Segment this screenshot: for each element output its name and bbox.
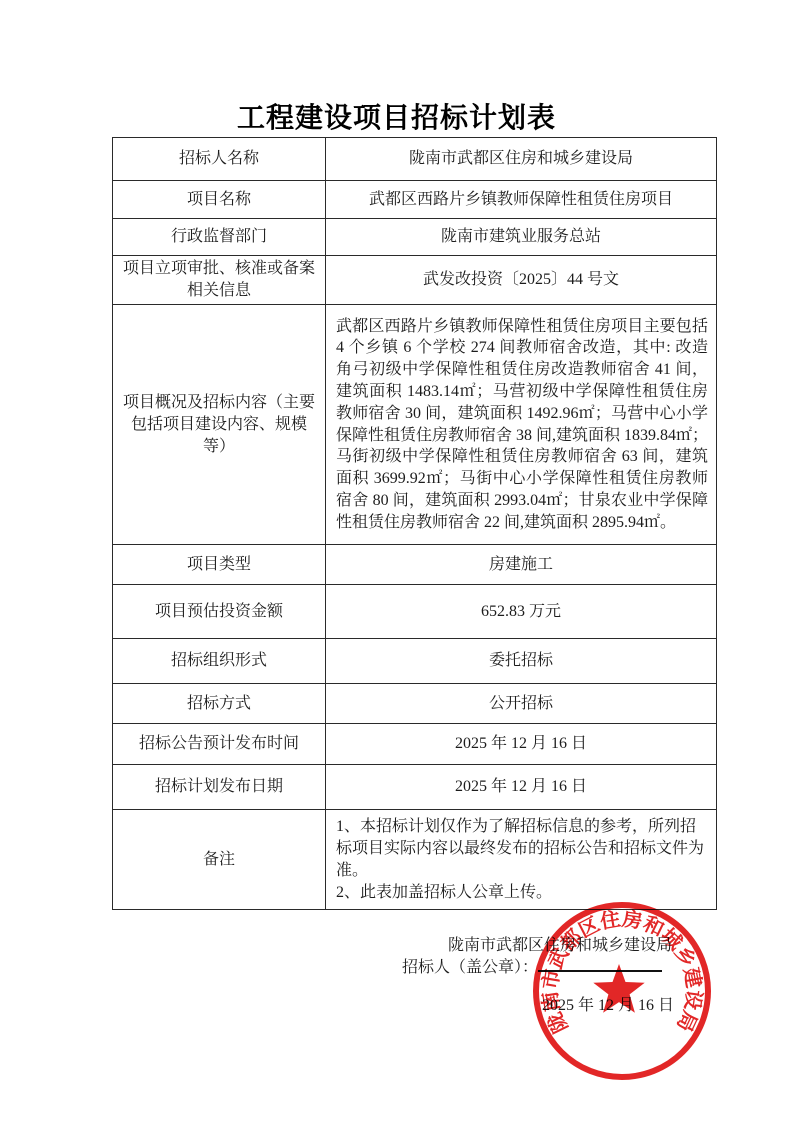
signature-underline bbox=[538, 957, 662, 972]
table-row: 项目类型 房建施工 bbox=[113, 545, 717, 585]
row-label: 招标计划发布日期 bbox=[113, 765, 326, 810]
row-value: 委托招标 bbox=[326, 639, 717, 684]
table-row: 招标方式 公开招标 bbox=[113, 684, 717, 724]
row-label: 招标人名称 bbox=[113, 138, 326, 181]
table-row: 项目预估投资金额 652.83 万元 bbox=[113, 585, 717, 639]
table-row: 项目立项审批、核准或备案相关信息 武发改投资〔2025〕44 号文 bbox=[113, 256, 717, 305]
row-label: 项目立项审批、核准或备案相关信息 bbox=[113, 256, 326, 305]
table-row: 招标计划发布日期 2025 年 12 月 16 日 bbox=[113, 765, 717, 810]
row-label: 备注 bbox=[113, 810, 326, 910]
bidding-plan-table: 招标人名称 陇南市武都区住房和城乡建设局 项目名称 武都区西路片乡镇教师保障性租… bbox=[112, 137, 717, 910]
row-value: 1、本招标计划仅作为了解招标信息的参考，所列招标项目实际内容以最终发布的招标公告… bbox=[326, 810, 717, 910]
row-value: 陇南市武都区住房和城乡建设局 bbox=[326, 138, 717, 181]
row-label: 招标组织形式 bbox=[113, 639, 326, 684]
table-row: 项目概况及招标内容（主要包括项目建设内容、规模等） 武都区西路片乡镇教师保障性租… bbox=[113, 305, 717, 545]
row-label: 项目类型 bbox=[113, 545, 326, 585]
row-label: 招标方式 bbox=[113, 684, 326, 724]
row-value: 陇南市建筑业服务总站 bbox=[326, 219, 717, 256]
row-label: 项目概况及招标内容（主要包括项目建设内容、规模等） bbox=[113, 305, 326, 545]
row-label: 项目名称 bbox=[113, 181, 326, 219]
table-row: 备注 1、本招标计划仅作为了解招标信息的参考，所列招标项目实际内容以最终发布的招… bbox=[113, 810, 717, 910]
row-value: 公开招标 bbox=[326, 684, 717, 724]
signer-label: 招标人（盖公章）： bbox=[402, 959, 538, 976]
table-row: 项目名称 武都区西路片乡镇教师保障性租赁住房项目 bbox=[113, 181, 717, 219]
footer-date: 2025 年 12 月 16 日 bbox=[542, 992, 674, 1015]
row-value: 武都区西路片乡镇教师保障性租赁住房项目 bbox=[326, 181, 717, 219]
footer-org-name: 陇南市武都区住房和城乡建设局 bbox=[448, 932, 672, 955]
row-value: 武发改投资〔2025〕44 号文 bbox=[326, 256, 717, 305]
row-value: 武都区西路片乡镇教师保障性租赁住房项目主要包括 4 个乡镇 6 个学校 274 … bbox=[326, 305, 717, 545]
table-row: 招标人名称 陇南市武都区住房和城乡建设局 bbox=[113, 138, 717, 181]
row-value: 2025 年 12 月 16 日 bbox=[326, 724, 717, 765]
row-value: 2025 年 12 月 16 日 bbox=[326, 765, 717, 810]
table-row: 招标组织形式 委托招标 bbox=[113, 639, 717, 684]
seal-ring bbox=[536, 905, 708, 1077]
row-value: 房建施工 bbox=[326, 545, 717, 585]
row-label: 行政监督部门 bbox=[113, 219, 326, 256]
row-label: 招标公告预计发布时间 bbox=[113, 724, 326, 765]
page-title: 工程建设项目招标计划表 bbox=[0, 96, 793, 136]
signer-line: 招标人（盖公章）： bbox=[402, 954, 662, 977]
table-row: 行政监督部门 陇南市建筑业服务总站 bbox=[113, 219, 717, 256]
row-label: 项目预估投资金额 bbox=[113, 585, 326, 639]
table-row: 招标公告预计发布时间 2025 年 12 月 16 日 bbox=[113, 724, 717, 765]
row-value: 652.83 万元 bbox=[326, 585, 717, 639]
